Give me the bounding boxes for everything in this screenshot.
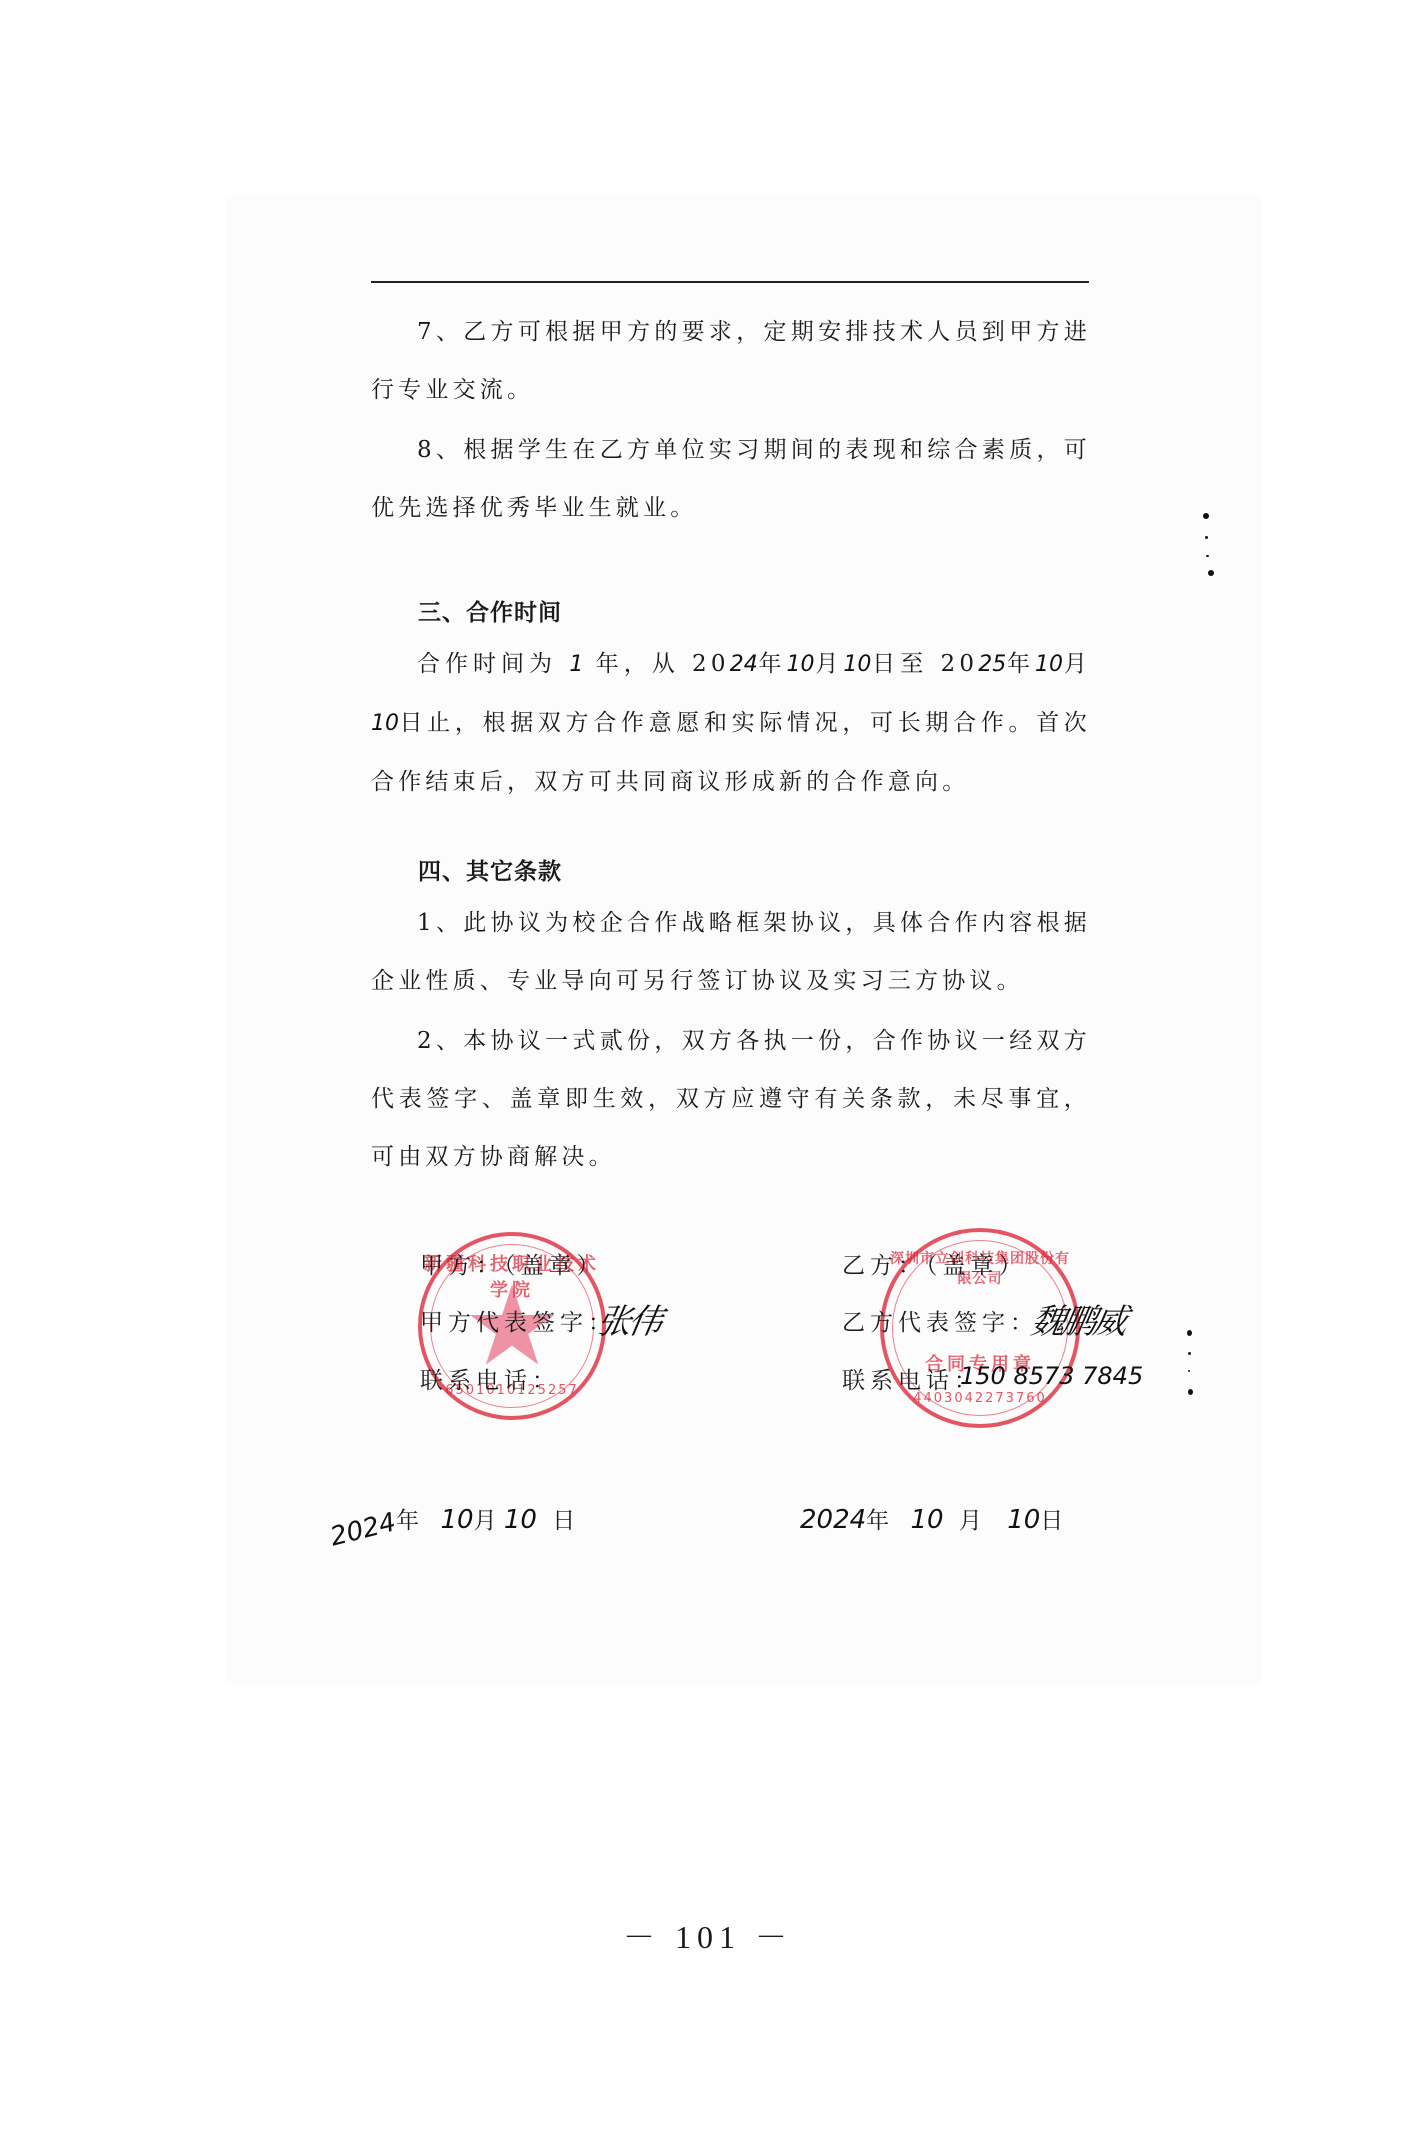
handwritten-to-month: 10 xyxy=(1035,652,1063,677)
party-a-seal-label: 甲方：（盖章） xyxy=(420,1247,605,1280)
date-month: 10 xyxy=(910,1505,943,1535)
text: 年 xyxy=(1006,651,1035,677)
scan-speck xyxy=(1203,513,1209,519)
text: 合作时间为 xyxy=(417,651,557,677)
page-number: － 101 － xyxy=(0,1912,1416,1958)
term-1: 1、此协议为校企合作战略框架协议，具体合作内容根据企业性质、专业导向可另行签订协… xyxy=(371,894,1091,1010)
date-year: 2024 xyxy=(800,1505,866,1535)
cooperation-time-paragraph: 合作时间为 1 年，从 2024年10月10日至 2025年10月10日止，根据… xyxy=(371,635,1091,811)
party-a-signature: 张伟 xyxy=(594,1294,665,1343)
scan-speck xyxy=(1205,536,1208,539)
party-b-seal-label: 乙方：（盖章） xyxy=(842,1247,1027,1280)
scan-speck xyxy=(1206,555,1209,557)
handwritten-from-day: 10 xyxy=(843,652,871,677)
text: 日至 20 xyxy=(871,651,978,677)
handwritten-duration: 1 xyxy=(569,652,583,677)
section-heading-cooperation-time: 三、合作时间 xyxy=(418,594,562,627)
date-text: 年 xyxy=(396,1508,419,1534)
text: 年，从 20 xyxy=(596,651,730,677)
clause-7: 7、乙方可根据甲方的要求，定期安排技术人员到甲方进行专业交流。 xyxy=(371,303,1091,419)
date-month: 10 xyxy=(440,1505,473,1535)
party-b-date: 2024年 10 月 10日 xyxy=(800,1502,1063,1535)
section-heading-other-terms: 四、其它条款 xyxy=(418,853,562,886)
scan-speck xyxy=(1208,570,1214,576)
party-b-signature: 魏鹏威 xyxy=(1028,1294,1130,1343)
handwritten-to-day: 10 xyxy=(371,711,399,736)
term-2: 2、本协议一式贰份，双方各执一份，合作协议一经双方代表签字、盖章即生效，双方应遵… xyxy=(371,1012,1091,1186)
text: 月 xyxy=(815,651,844,677)
handwritten-from-year: 24 xyxy=(730,652,758,677)
party-a-phone-label: 联系电话： xyxy=(420,1362,560,1395)
clause-8: 8、根据学生在乙方单位实习期间的表现和综合素质，可优先选择优秀毕业生就业。 xyxy=(371,421,1091,537)
party-a-rep-label: 甲方代表签字： xyxy=(420,1304,616,1337)
party-a-date: 2024年 10月 10 日 xyxy=(330,1502,575,1535)
scan-speck xyxy=(1188,1352,1191,1355)
handwritten-from-month: 10 xyxy=(787,652,815,677)
party-b-rep-label: 乙方代表签字： xyxy=(842,1304,1038,1337)
handwritten-to-year: 25 xyxy=(978,652,1006,677)
party-b-phone: 150 8573 7845 xyxy=(960,1362,1143,1390)
scan-speck xyxy=(1188,1370,1190,1372)
date-day: 10 xyxy=(1007,1505,1040,1535)
date-text: 年 xyxy=(866,1508,889,1534)
text: 月 xyxy=(1063,651,1091,677)
text: 日止，根据双方合作意愿和实际情况，可长期合作。首次合作结束后，双方可共同商议形成… xyxy=(371,710,1091,795)
date-text: 月 xyxy=(474,1508,497,1534)
date-text: 月 xyxy=(959,1508,982,1534)
date-text: 日 xyxy=(552,1508,575,1534)
date-text: 日 xyxy=(1040,1508,1063,1534)
text: 年 xyxy=(758,651,787,677)
header-rule xyxy=(371,281,1089,283)
scan-speck xyxy=(1188,1389,1193,1395)
scan-speck xyxy=(1187,1330,1192,1336)
date-day: 10 xyxy=(504,1505,537,1535)
